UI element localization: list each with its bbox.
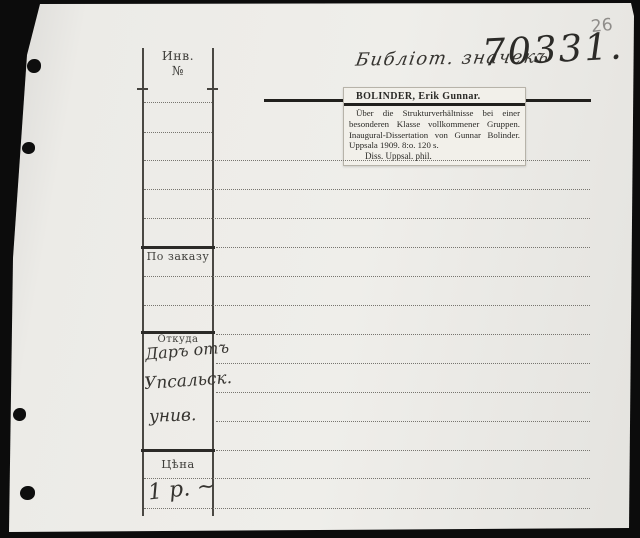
punch-hole [13, 408, 26, 421]
ruled-line [144, 102, 212, 103]
origin-entry-line: Упсальск. [143, 368, 232, 394]
pencil-page-number: 26 [590, 15, 614, 37]
slip-heading-rule [344, 103, 525, 106]
punch-hole [20, 486, 35, 500]
ruled-line [144, 276, 590, 277]
column-header-tick [137, 88, 148, 90]
ruled-line [216, 247, 590, 248]
catalog-card: Инв. № По заказу Откуда Цѣна Даръ отъ Уп… [0, 0, 640, 538]
scan-background: Инв. № По заказу Откуда Цѣна Даръ отъ Уп… [0, 0, 640, 538]
column-left-rule [142, 48, 144, 516]
ruled-line [144, 189, 590, 190]
ruled-line [144, 305, 590, 306]
ruled-line [144, 218, 590, 219]
ruled-line [144, 132, 212, 133]
ruled-line [144, 160, 590, 161]
price-label: Цѣна [142, 458, 214, 470]
punch-hole [22, 142, 35, 154]
column-section-divider [141, 246, 215, 249]
ruled-line [144, 478, 590, 479]
entry-heavy-rule-right [524, 99, 591, 102]
column-header-tick [207, 88, 218, 90]
punch-hole [27, 59, 41, 73]
inventory-number-sign: № [142, 65, 214, 77]
inventory-label: Инв. [142, 50, 214, 62]
entry-heavy-rule-left [264, 99, 346, 102]
by-order-label: По заказу [142, 251, 214, 263]
ruled-line [216, 450, 590, 451]
column-right-rule [212, 48, 214, 516]
ruled-line [216, 363, 590, 364]
ruled-line [216, 392, 590, 393]
slip-author-heading: BOLINDER, Erik Gunnar. [344, 88, 525, 102]
ruled-line [216, 421, 590, 422]
origin-entry-line: унив. [149, 405, 197, 427]
column-section-divider [141, 449, 215, 452]
ruled-line [144, 508, 590, 509]
ruled-line [216, 334, 590, 335]
bibliographic-slip: BOLINDER, Erik Gunnar. Über die Struktur… [343, 87, 526, 166]
slip-title-text: Über die Strukturverhältnisse bei einer … [349, 108, 520, 151]
